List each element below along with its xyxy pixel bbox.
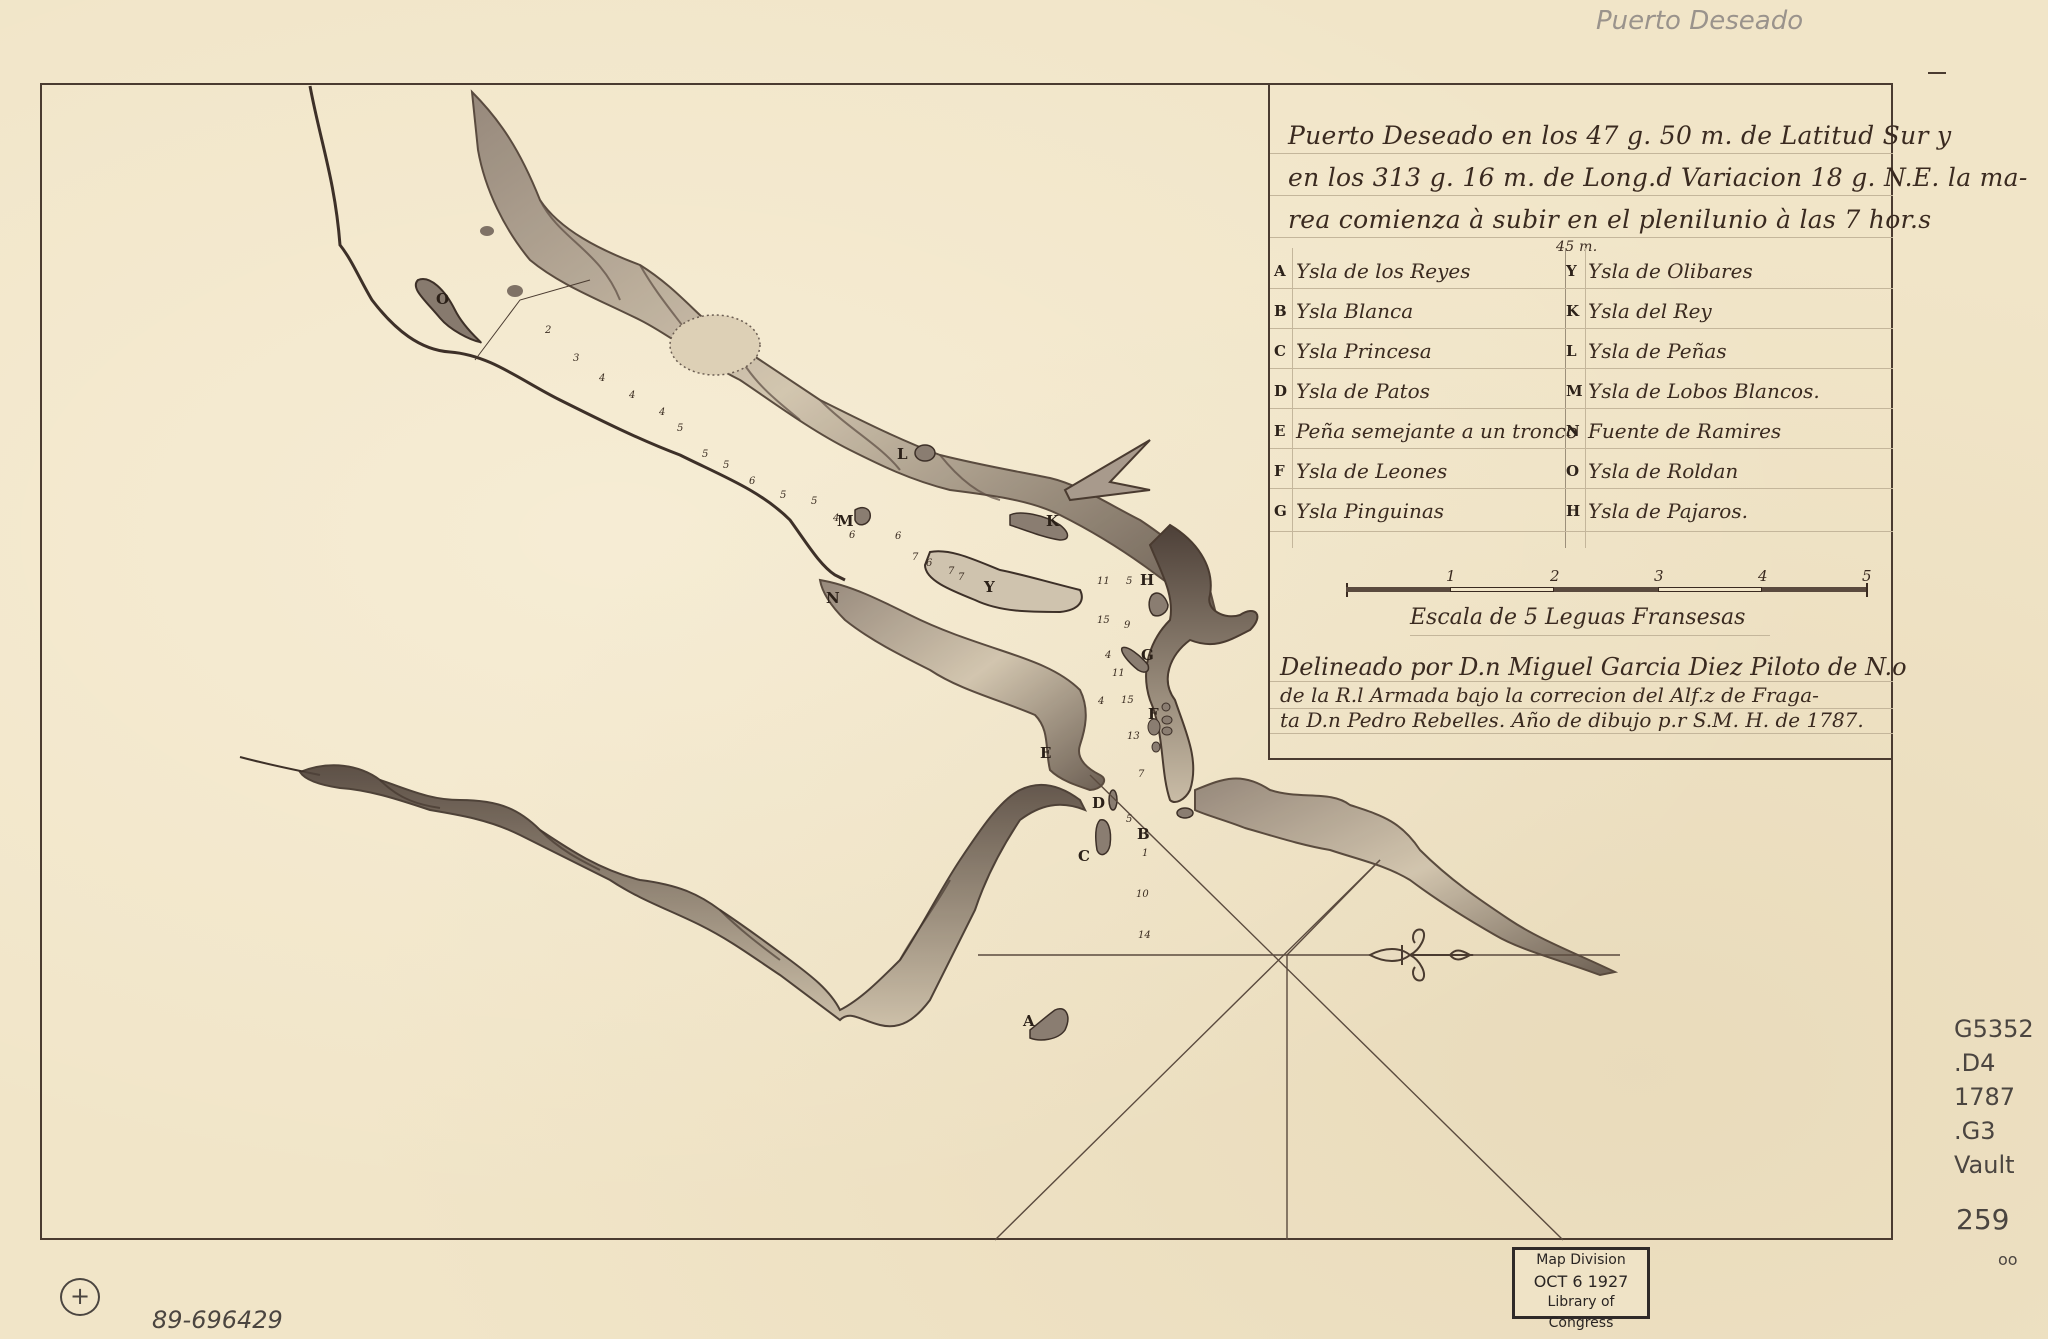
legend-key: F <box>1274 462 1296 480</box>
compass-rhumb-lines <box>978 775 1620 1240</box>
legend-key: D <box>1274 382 1296 400</box>
map-place-letter: B <box>1137 825 1150 843</box>
legend-row: BYsla Blanca <box>1274 291 1413 331</box>
circle-mark: + <box>60 1278 100 1316</box>
legend-key: A <box>1274 262 1296 280</box>
legend-name: Ysla de Roldan <box>1588 459 1738 483</box>
islet <box>480 226 494 236</box>
legend-row: HYsla de Pajaros. <box>1566 491 1748 531</box>
legend-key: L <box>1566 342 1588 360</box>
legend-row: KYsla del Rey <box>1566 291 1712 331</box>
east-headland-relief <box>1146 525 1257 802</box>
scale-tick-1: 1 <box>1446 567 1456 585</box>
legend-key: N <box>1566 422 1588 440</box>
legend-key: M <box>1566 382 1588 400</box>
map-place-letter: D <box>1092 794 1105 812</box>
map-place-letter: E <box>1040 744 1051 762</box>
stamp-line-3: Library of Congress <box>1515 1292 1647 1334</box>
depth-sounding: 4 <box>833 513 839 524</box>
map-place-letter: N <box>826 589 840 607</box>
map-place-letter: G <box>1141 646 1154 664</box>
credit-line-3: ta D.n Pedro Rebelles. Año de dibujo p.r… <box>1280 708 1864 732</box>
depth-sounding: 4 <box>599 373 605 384</box>
legend-name: Ysla de Patos <box>1296 379 1430 403</box>
island-y-olibares <box>925 551 1082 612</box>
title-line-1: Puerto Deseado en los 47 g. 50 m. de Lat… <box>1288 121 1951 150</box>
depth-sounding: 1 <box>1142 848 1148 859</box>
depth-sounding: 2 <box>545 325 551 336</box>
call-number-line: G5352 <box>1954 1012 2034 1046</box>
scale-tick-4: 4 <box>1758 567 1768 585</box>
depth-sounding: 7 <box>958 572 964 583</box>
credit-line-1: Delineado por D.n Miguel Garcia Diez Pil… <box>1280 653 1907 681</box>
depth-sounding: 15 <box>1097 615 1110 626</box>
legend-row: DYsla de Patos <box>1274 371 1430 411</box>
legend-row: YYsla de Olibares <box>1566 251 1753 291</box>
depth-sounding: 7 <box>912 552 918 563</box>
title-line-3: rea comienza à subir en el plenilunio à … <box>1288 205 1931 234</box>
depth-sounding: 5 <box>780 490 786 501</box>
depth-sounding: 3 <box>573 353 579 364</box>
island-h-pajaros <box>1149 593 1168 616</box>
corner-mark <box>1928 72 1946 74</box>
legend-name: Ysla de Lobos Blancos. <box>1588 379 1820 403</box>
scale-tick-2: 2 <box>1550 567 1560 585</box>
depth-sounding: 4 <box>629 390 635 401</box>
legend-name: Peña semejante a un tronco <box>1296 419 1578 443</box>
map-place-letter: C <box>1078 847 1090 865</box>
depth-sounding: 6 <box>849 530 855 541</box>
cartouche-panel: Puerto Deseado en los 47 g. 50 m. de Lat… <box>1268 83 1893 760</box>
depth-sounding: 4 <box>1098 696 1104 707</box>
island-o-roldan <box>416 279 481 342</box>
map-place-letter: Y <box>984 578 995 596</box>
legend-row: FYsla de Leones <box>1274 451 1447 491</box>
map-place-letter: O <box>436 290 449 308</box>
depth-sounding: 11 <box>1112 668 1125 679</box>
island-c-princesa <box>1096 820 1111 855</box>
library-of-congress-stamp: Map Division OCT 6 1927 Library of Congr… <box>1512 1247 1650 1319</box>
depth-sounding: 15 <box>1121 695 1134 706</box>
legend-name: Ysla del Rey <box>1588 299 1712 323</box>
islet <box>507 285 523 297</box>
depth-sounding: 5 <box>677 423 683 434</box>
legend-row: GYsla Pinguinas <box>1274 491 1444 531</box>
map-place-letter: M <box>837 512 854 530</box>
call-number-line: 1787 <box>1954 1080 2034 1114</box>
legend-key: H <box>1566 502 1588 520</box>
legend-key: Y <box>1566 262 1588 280</box>
depth-sounding: 5 <box>811 496 817 507</box>
south-ridge-relief <box>300 765 1085 1026</box>
depth-sounding: 6 <box>926 558 932 569</box>
legend-key: E <box>1274 422 1296 440</box>
depth-sounding: 13 <box>1127 731 1140 742</box>
island-a-reyes <box>1030 1009 1068 1040</box>
depth-sounding: 10 <box>1136 889 1149 900</box>
legend-name: Ysla de Olibares <box>1588 259 1753 283</box>
legend-name: Ysla de los Reyes <box>1296 259 1471 283</box>
legend-name: Ysla de Pajaros. <box>1588 499 1748 523</box>
legend-row: AYsla de los Reyes <box>1274 251 1471 291</box>
call-number-line: Vault <box>1954 1148 2034 1182</box>
legend-row: LYsla de Peñas <box>1566 331 1727 371</box>
accession-number: 89-696429 <box>152 1306 283 1334</box>
depth-sounding: 9 <box>1124 620 1130 631</box>
credit-line-2: de la R.l Armada bajo la correcion del A… <box>1280 683 1819 707</box>
legend-key: K <box>1566 302 1588 320</box>
island-b-blanca <box>1177 808 1193 818</box>
depth-sounding: 4 <box>1105 650 1111 661</box>
legend-row: EPeña semejante a un tronco <box>1274 411 1578 451</box>
map-place-letter: H <box>1140 571 1154 589</box>
small-mark: oo <box>1998 1250 2018 1269</box>
call-number-line: .G3 <box>1954 1114 2034 1148</box>
scale-tick-3: 3 <box>1654 567 1664 585</box>
call-number: G5352 .D4 1787 .G3 Vault <box>1954 1012 2034 1182</box>
call-number-line: .D4 <box>1954 1046 2034 1080</box>
legend-name: Ysla Blanca <box>1296 299 1413 323</box>
depth-sounding: 4 <box>659 407 665 418</box>
north-ridge-relief <box>472 92 1215 610</box>
legend-name: Ysla Pinguinas <box>1296 499 1444 523</box>
legend-row: MYsla de Lobos Blancos. <box>1566 371 1820 411</box>
depth-sounding: 6 <box>895 531 901 542</box>
page-number: 259 <box>1956 1203 2009 1236</box>
top-pencil-note: Puerto Deseado <box>1596 6 1803 36</box>
legend-key: O <box>1566 462 1588 480</box>
depth-sounding: 5 <box>702 449 708 460</box>
map-place-letter: A <box>1023 1012 1035 1030</box>
legend-name: Ysla Princesa <box>1296 339 1432 363</box>
fleur-de-lis-icon <box>1370 929 1470 980</box>
depth-sounding: 6 <box>749 476 755 487</box>
depth-sounding: 5 <box>1126 576 1132 587</box>
legend-name: Fuente de Ramires <box>1588 419 1781 443</box>
legend-row: OYsla de Roldan <box>1566 451 1738 491</box>
depth-sounding: 5 <box>1126 814 1132 825</box>
depth-sounding: 5 <box>723 460 729 471</box>
legend-name: Ysla de Peñas <box>1588 339 1727 363</box>
legend-name: Ysla de Leones <box>1296 459 1447 483</box>
legend-row: CYsla Princesa <box>1274 331 1432 371</box>
north-coastline <box>310 86 845 580</box>
title-line-2: en los 313 g. 16 m. de Long.d Variacion … <box>1288 163 2028 192</box>
map-place-letter: K <box>1046 512 1059 530</box>
island-m-lobos <box>855 508 870 525</box>
depth-sounding: 7 <box>948 566 954 577</box>
stamp-line-2: OCT 6 1927 <box>1515 1271 1647 1292</box>
legend-key: G <box>1274 502 1296 520</box>
island-l-penas <box>915 445 935 461</box>
depth-sounding: 14 <box>1138 930 1151 941</box>
scale-bar <box>1346 583 1868 597</box>
scale-tick-5: 5 <box>1862 567 1872 585</box>
map-place-letter: F <box>1148 705 1159 723</box>
legend-row: NFuente de Ramires <box>1566 411 1781 451</box>
east-shore-relief <box>1195 778 1615 975</box>
legend-key: C <box>1274 342 1296 360</box>
depth-sounding: 11 <box>1097 576 1110 587</box>
legend-key: B <box>1274 302 1296 320</box>
stamp-line-1: Map Division <box>1515 1250 1647 1271</box>
scale-caption: Escala de 5 Leguas Fransesas <box>1410 605 1745 630</box>
depth-sounding: 7 <box>1138 769 1144 780</box>
sand-patch <box>670 315 760 375</box>
map-place-letter: L <box>897 445 908 463</box>
